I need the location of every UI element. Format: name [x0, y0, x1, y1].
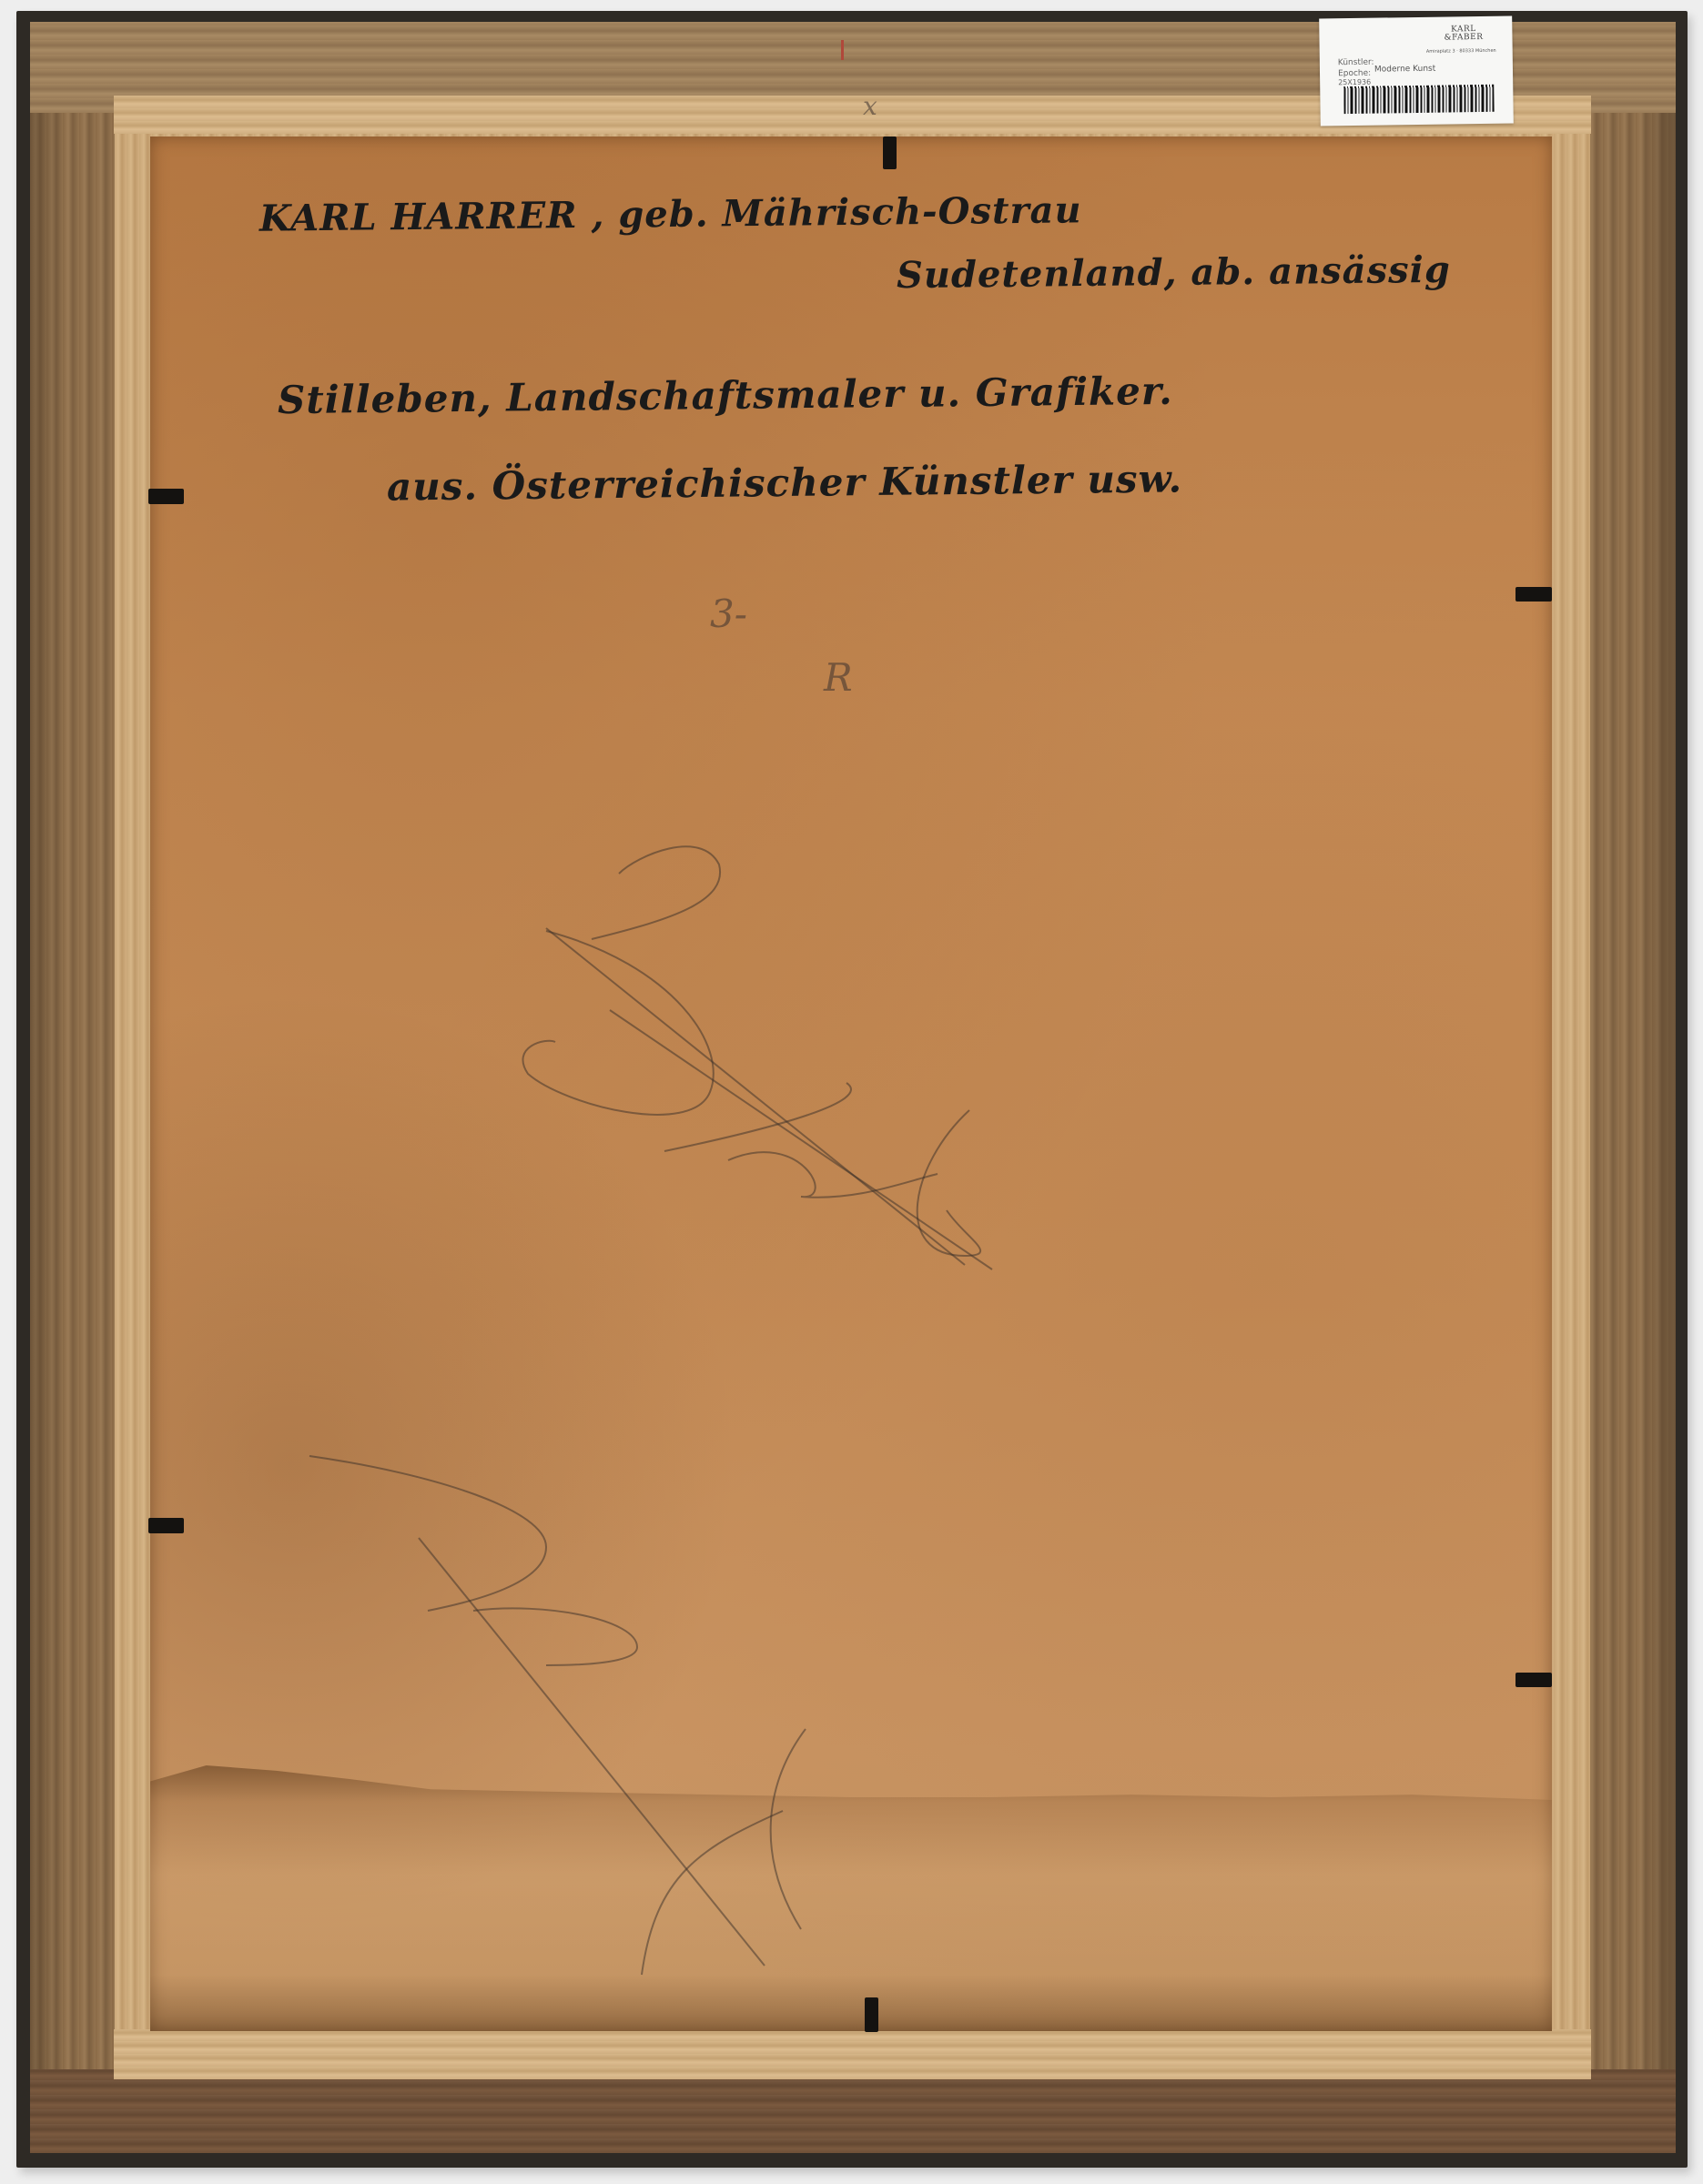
pencil-mark-3: 3- — [710, 591, 747, 636]
label-address: Amiraplatz 3 · 80333 München — [1426, 48, 1496, 55]
logo-line-2: &FABER — [1445, 34, 1484, 43]
auction-label: KARL &FABER Amiraplatz 3 · 80333 München… — [1319, 16, 1514, 126]
label-epoche: Epoche: — [1338, 69, 1371, 79]
label-kuenstler: Künstler: — [1338, 58, 1374, 68]
inscription-line-2: Sudetenland, ab. ansässig — [897, 248, 1451, 297]
inscription-line-4: aus. Österreichischer Künstler usw. — [387, 456, 1183, 509]
auction-house-logo: KARL &FABER — [1444, 25, 1483, 43]
label-epoche-value: Moderne Kunst — [1374, 65, 1435, 75]
pencil-scribbles — [0, 0, 1703, 2184]
inscription-line-3: Stilleben, Landschaftsmaler u. Grafiker. — [278, 369, 1173, 422]
pencil-mark-r: R — [824, 655, 853, 700]
barcode — [1343, 85, 1494, 114]
inscription-line-1: KARL HARRER , geb. Mährisch-Ostrau — [259, 188, 1082, 239]
